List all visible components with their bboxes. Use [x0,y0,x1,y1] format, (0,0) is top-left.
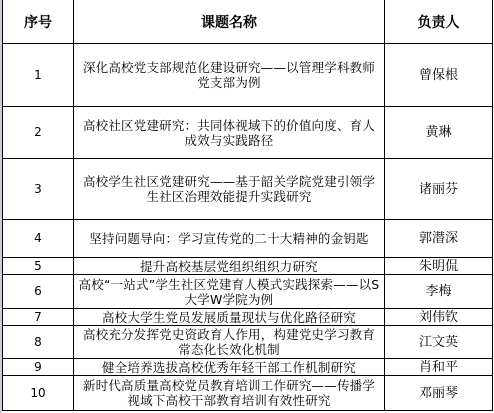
table-row: 9 健全培养选拔高校优秀年轻干部工作机制研究 肖和平 [3,359,493,376]
cell-title: 高校学生社区党建研究——基于韶关学院党建引领学生社区治理效能提升实践研究 [74,159,385,220]
cell-index: 4 [3,220,74,258]
cell-title: 提升高校基层党组织组织力研究 [74,258,385,275]
table-row: 10 新时代高质量高校党员教育培训工作研究——传播学视域下高校干部教育培训有效性… [3,376,493,411]
header-index: 序号 [3,0,74,44]
cell-index: 9 [3,359,74,376]
table-row: 5 提升高校基层党组织组织力研究 朱明侃 [3,258,493,275]
cell-index: 5 [3,258,74,275]
cell-title: 高校充分发挥党史资政育人作用，构建党史学习教育常态化长效化机制 [74,326,385,359]
cell-owner: 李梅 [385,275,493,309]
cell-title: 高校大学生党员发展质量现状与优化路径研究 [74,309,385,326]
table-row: 2 高校社区党建研究：共同体视域下的价值向度、育人成效与实践路径 黄琳 [3,107,493,159]
topics-table: 序号 课题名称 负责人 1 深化高校党支部规范化建设研究——以管理学科教师党支部… [2,0,493,411]
table-row: 1 深化高校党支部规范化建设研究——以管理学科教师党支部为例 曾保根 [3,44,493,107]
table-row: 4 坚持问题导向：学习宣传党的二十大精神的金钥匙 郭潜深 [3,220,493,258]
cell-title: 坚持问题导向：学习宣传党的二十大精神的金钥匙 [74,220,385,258]
cell-title: 高校“一站式”学生社区党建育人模式实践探索——以S大学W学院为例 [74,275,385,309]
table-row: 3 高校学生社区党建研究——基于韶关学院党建引领学生社区治理效能提升实践研究 诸… [3,159,493,220]
table-row: 6 高校“一站式”学生社区党建育人模式实践探索——以S大学W学院为例 李梅 [3,275,493,309]
cell-index: 7 [3,309,74,326]
cell-title: 健全培养选拔高校优秀年轻干部工作机制研究 [74,359,385,376]
cell-owner: 郭潜深 [385,220,493,258]
cell-owner: 诸丽芬 [385,159,493,220]
cell-index: 1 [3,44,74,107]
cell-index: 3 [3,159,74,220]
cell-owner: 邓丽琴 [385,376,493,411]
header-owner: 负责人 [385,0,493,44]
cell-title: 新时代高质量高校党员教育培训工作研究——传播学视域下高校干部教育培训有效性研究 [74,376,385,411]
cell-title: 深化高校党支部规范化建设研究——以管理学科教师党支部为例 [74,44,385,107]
cell-title: 高校社区党建研究：共同体视域下的价值向度、育人成效与实践路径 [74,107,385,159]
cell-owner: 肖和平 [385,359,493,376]
table-row: 7 高校大学生党员发展质量现状与优化路径研究 刘伟钦 [3,309,493,326]
cell-index: 2 [3,107,74,159]
cell-index: 6 [3,275,74,309]
header-title: 课题名称 [74,0,385,44]
cell-index: 10 [3,376,74,411]
cell-owner: 曾保根 [385,44,493,107]
header-row: 序号 课题名称 负责人 [3,0,493,44]
cell-owner: 江文英 [385,326,493,359]
table-row: 8 高校充分发挥党史资政育人作用，构建党史学习教育常态化长效化机制 江文英 [3,326,493,359]
cell-owner: 黄琳 [385,107,493,159]
cell-owner: 朱明侃 [385,258,493,275]
cell-index: 8 [3,326,74,359]
cell-owner: 刘伟钦 [385,309,493,326]
